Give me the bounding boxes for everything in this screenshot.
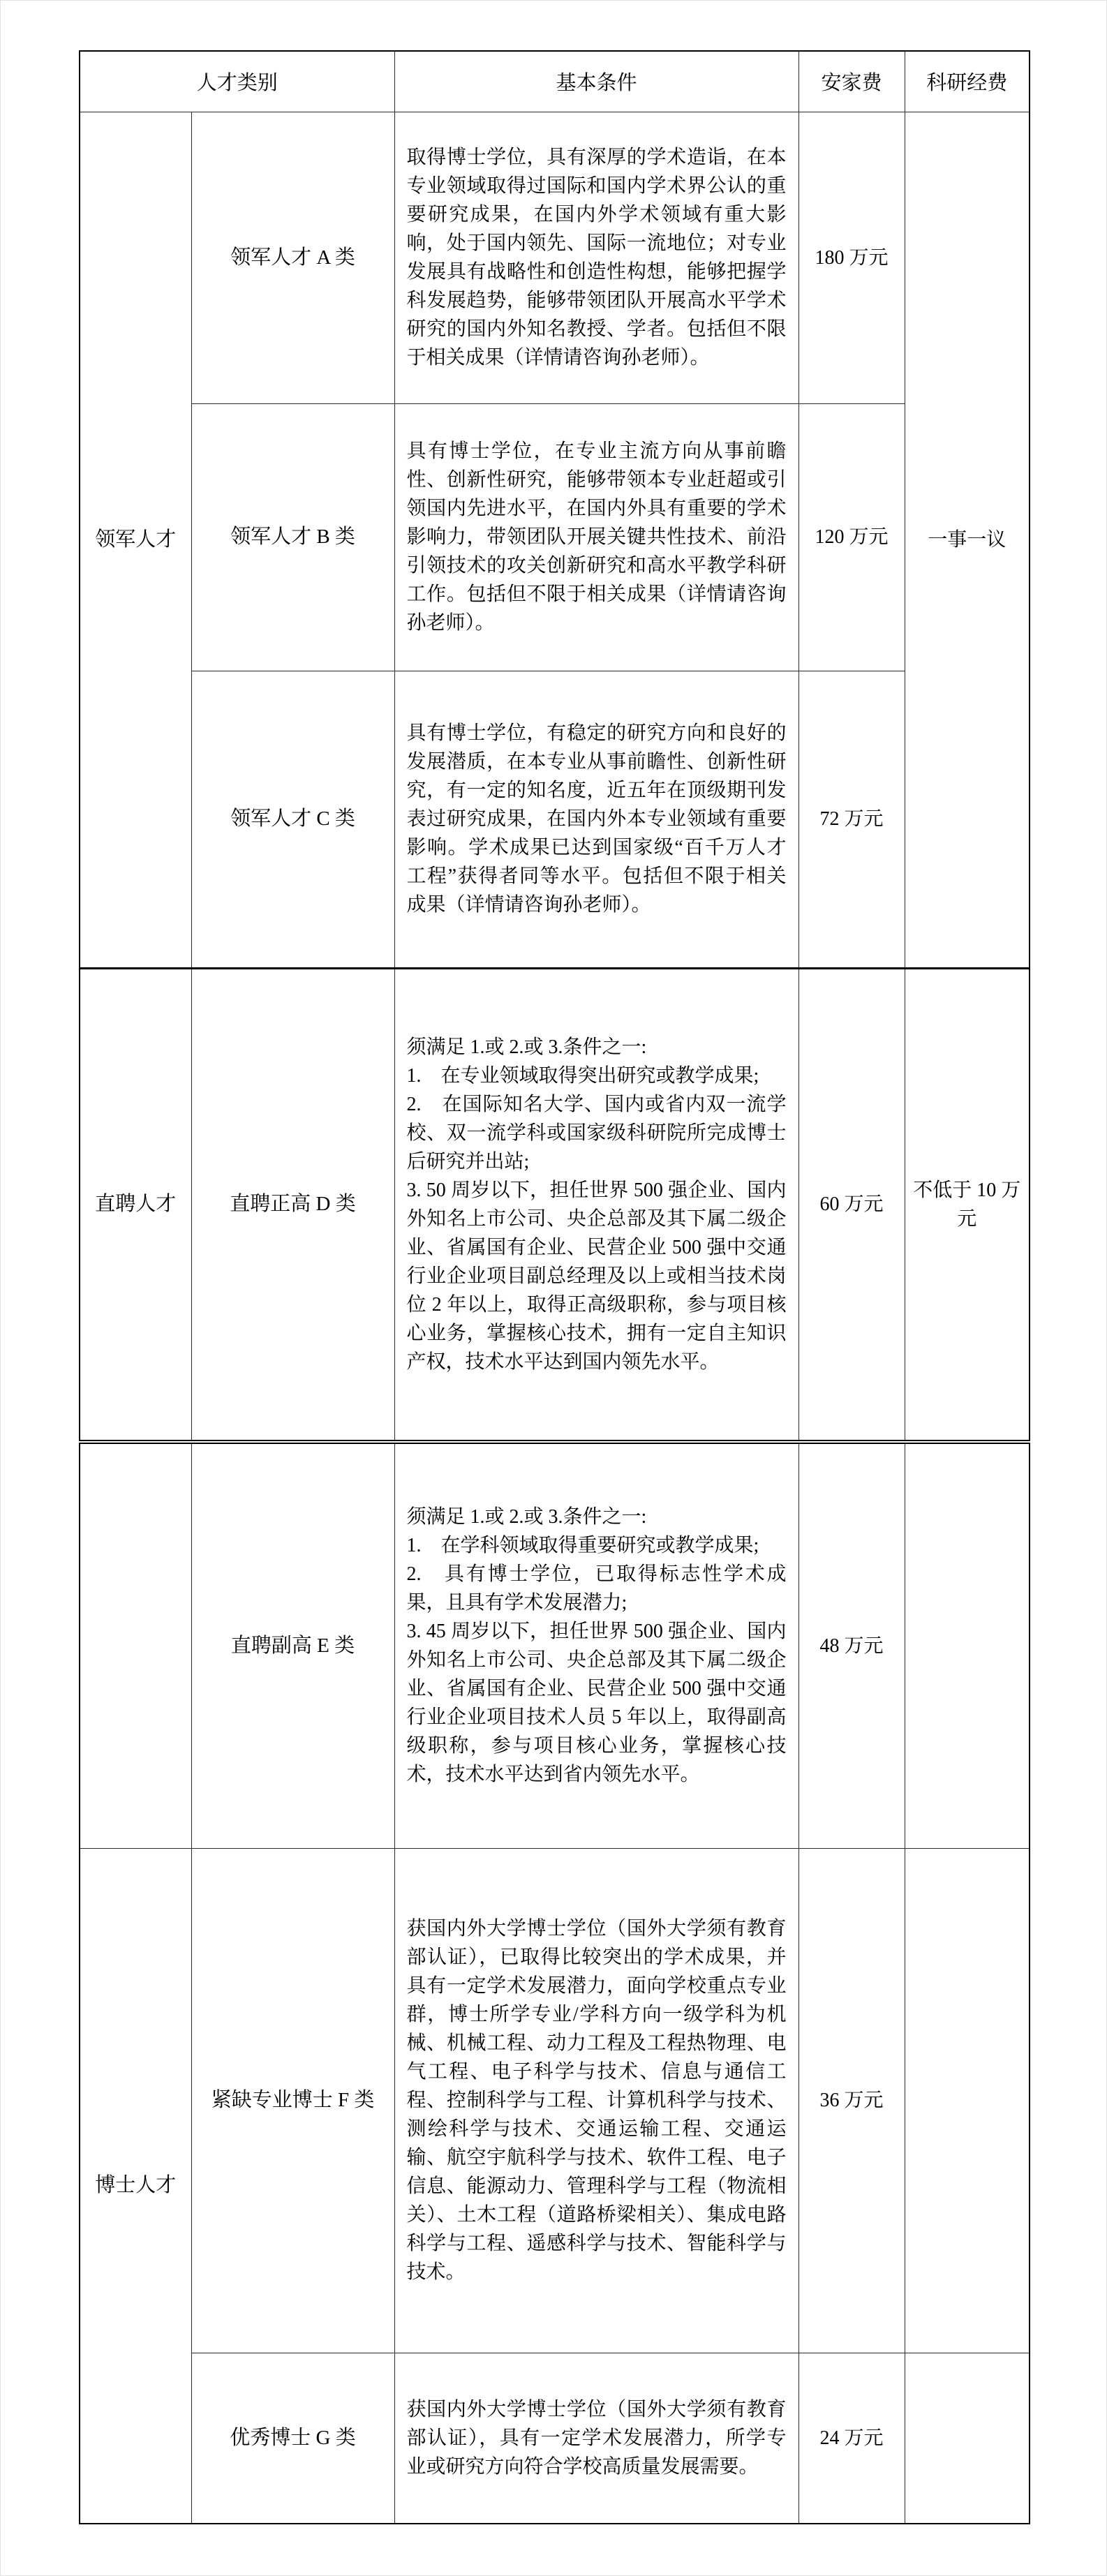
research-fund-cell-leading: 一事一议: [905, 112, 1030, 968]
header-talent-category: 人才类别: [80, 51, 394, 112]
conditions-cell-b: 具有博士学位，在专业主流方向从事前瞻性、创新性研究，能够带领本专业赶超或引领国内…: [394, 403, 798, 671]
class-cell-b: 领军人才 B 类: [191, 403, 394, 671]
conditions-cell-c: 具有博士学位，有稳定的研究方向和良好的发展潜质，在本专业从事前瞻性、创新性研究，…: [394, 671, 798, 968]
class-cell-d: 直聘正高 D 类: [191, 968, 394, 1442]
talent-recruitment-table: 人才类别 基本条件 安家费 科研经费 领军人才 领军人才 A 类 取得博士学位，…: [79, 50, 1030, 2524]
fee-cell-e: 48 万元: [798, 1442, 905, 1848]
table-header-row: 人才类别 基本条件 安家费 科研经费: [80, 51, 1030, 112]
group-cell-direct-hire: 直聘人才: [80, 968, 191, 1442]
research-fund-cell-g: [905, 2353, 1030, 2524]
group-cell-doctoral: 博士人才: [80, 1848, 191, 2524]
research-fund-cell-e: [905, 1442, 1030, 1848]
conditions-cell-a: 取得博士学位，具有深厚的学术造诣，在本专业领域取得过国际和国内学术界公认的重要研…: [394, 112, 798, 403]
table-row-doctoral-g: 优秀博士 G 类 获国内外大学博士学位（国外大学须有教育部认证），具有一定学术发…: [80, 2353, 1030, 2524]
fee-cell-d: 60 万元: [798, 968, 905, 1442]
header-research-fund: 科研经费: [905, 51, 1030, 112]
group-cell-empty-e: [80, 1442, 191, 1848]
class-cell-f: 紧缺专业博士 F 类: [191, 1848, 394, 2353]
table-row-doctoral-f: 博士人才 紧缺专业博士 F 类 获国内外大学博士学位（国外大学须有教育部认证），…: [80, 1848, 1030, 2353]
class-cell-a: 领军人才 A 类: [191, 112, 394, 403]
class-cell-c: 领军人才 C 类: [191, 671, 394, 968]
table-row-leading-c: 领军人才 C 类 具有博士学位，有稳定的研究方向和良好的发展潜质，在本专业从事前…: [80, 671, 1030, 968]
conditions-cell-d: 须满足 1.或 2.或 3.条件之一: 1. 在专业领域取得突出研究或教学成果;…: [394, 968, 798, 1442]
conditions-cell-e: 须满足 1.或 2.或 3.条件之一: 1. 在学科领域取得重要研究或教学成果;…: [394, 1442, 798, 1848]
header-settling-fee: 安家费: [798, 51, 905, 112]
table-row-leading-a: 领军人才 领军人才 A 类 取得博士学位，具有深厚的学术造诣，在本专业领域取得过…: [80, 112, 1030, 403]
document-page: 人才类别 基本条件 安家费 科研经费 领军人才 领军人才 A 类 取得博士学位，…: [0, 0, 1107, 2576]
table-row-leading-b: 领军人才 B 类 具有博士学位，在专业主流方向从事前瞻性、创新性研究，能够带领本…: [80, 403, 1030, 671]
table-row-direct-e: 直聘副高 E 类 须满足 1.或 2.或 3.条件之一: 1. 在学科领域取得重…: [80, 1442, 1030, 1848]
research-fund-cell-f: [905, 1848, 1030, 2353]
fee-cell-f: 36 万元: [798, 1848, 905, 2353]
header-basic-conditions: 基本条件: [394, 51, 798, 112]
fee-cell-b: 120 万元: [798, 403, 905, 671]
fee-cell-a: 180 万元: [798, 112, 905, 403]
research-fund-cell-direct-hire: 不低于 10 万元: [905, 968, 1030, 1442]
class-cell-e: 直聘副高 E 类: [191, 1442, 394, 1848]
fee-cell-g: 24 万元: [798, 2353, 905, 2524]
table-row-direct-d: 直聘人才 直聘正高 D 类 须满足 1.或 2.或 3.条件之一: 1. 在专业…: [80, 968, 1030, 1442]
fee-cell-c: 72 万元: [798, 671, 905, 968]
group-cell-leading: 领军人才: [80, 112, 191, 968]
conditions-cell-f: 获国内外大学博士学位（国外大学须有教育部认证），已取得比较突出的学术成果，并具有…: [394, 1848, 798, 2353]
class-cell-g: 优秀博士 G 类: [191, 2353, 394, 2524]
conditions-cell-g: 获国内外大学博士学位（国外大学须有教育部认证），具有一定学术发展潜力，所学专业或…: [394, 2353, 798, 2524]
